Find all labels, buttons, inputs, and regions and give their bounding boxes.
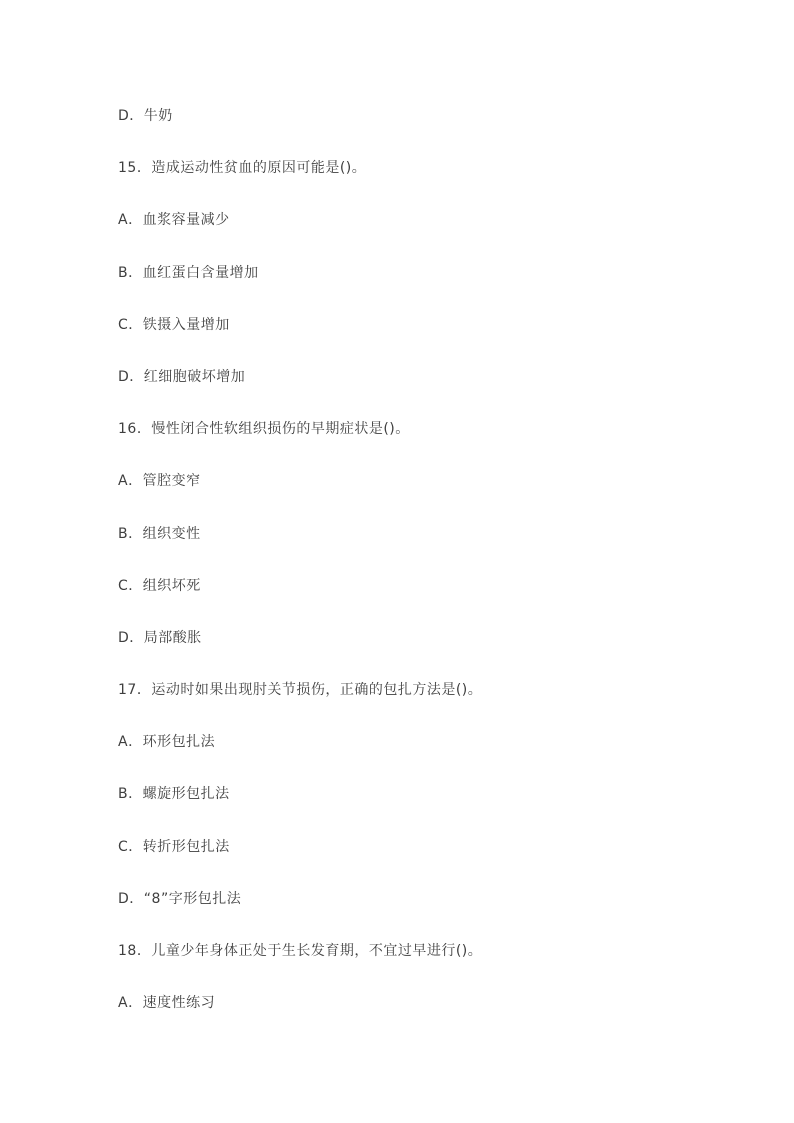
question-17-option-a: A．环形包扎法 xyxy=(118,734,744,751)
question-17-stem: 17．运动时如果出现肘关节损伤，正确的包扎方法是()。 xyxy=(118,682,744,699)
question-16-option-c: C．组织坏死 xyxy=(118,578,744,595)
document-content: D．牛奶 15．造成运动性贫血的原因可能是()。 A．血浆容量减少 B．血红蛋白… xyxy=(118,108,744,1047)
question-16-option-b: B．组织变性 xyxy=(118,526,744,543)
question-16-option-a: A．管腔变窄 xyxy=(118,473,744,490)
question-14-option-d: D．牛奶 xyxy=(118,108,744,125)
question-15-stem: 15．造成运动性贫血的原因可能是()。 xyxy=(118,160,744,177)
question-18-option-a: A．速度性练习 xyxy=(118,995,744,1012)
question-17-option-d: D．“8”字形包扎法 xyxy=(118,891,744,908)
question-18-stem: 18．儿童少年身体正处于生长发育期，不宜过早进行()。 xyxy=(118,943,744,960)
question-16-option-d: D．局部酸胀 xyxy=(118,630,744,647)
question-15-option-b: B．血红蛋白含量增加 xyxy=(118,265,744,282)
question-17-option-b: B．螺旋形包扎法 xyxy=(118,786,744,803)
question-15-option-d: D．红细胞破坏增加 xyxy=(118,369,744,386)
question-15-option-a: A．血浆容量减少 xyxy=(118,212,744,229)
document-page: D．牛奶 15．造成运动性贫血的原因可能是()。 A．血浆容量减少 B．血红蛋白… xyxy=(0,0,794,1123)
question-16-stem: 16．慢性闭合性软组织损伤的早期症状是()。 xyxy=(118,421,744,438)
question-17-option-c: C．转折形包扎法 xyxy=(118,839,744,856)
question-15-option-c: C．铁摄入量增加 xyxy=(118,317,744,334)
